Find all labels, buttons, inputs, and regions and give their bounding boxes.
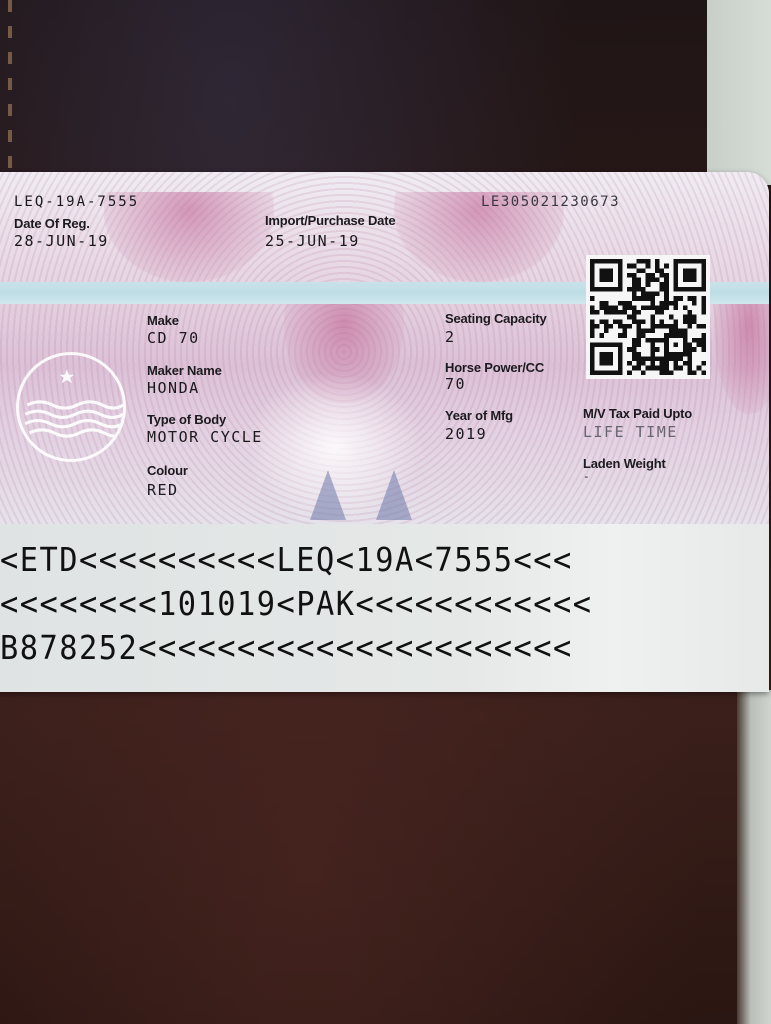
maker-name-label: Maker Name: [147, 363, 222, 378]
machine-readable-zone: <ETD<<<<<<<<<<LEQ<19A<7555<<< <<<<<<<<10…: [0, 524, 769, 692]
mrz-line-2: <<<<<<<<101019<PAK<<<<<<<<<<<<: [0, 584, 593, 623]
laden-weight-label: Laden Weight: [583, 456, 666, 471]
horse-power-value: 70: [445, 375, 466, 393]
import-purchase-date-value: 25-JUN-19: [265, 232, 360, 250]
make-label: Make: [147, 313, 179, 328]
mrz-line-1: <ETD<<<<<<<<<<LEQ<19A<7555<<<: [0, 540, 573, 579]
date-of-reg-value: 28-JUN-19: [14, 232, 109, 250]
security-pattern-wedge: [376, 470, 412, 520]
date-of-reg-label: Date Of Reg.: [14, 216, 90, 231]
horse-power-label: Horse Power/CC: [445, 360, 544, 375]
tax-paid-value: LIFE TIME: [583, 423, 678, 441]
security-pattern-wedge: [310, 470, 346, 520]
qr-code: [586, 255, 710, 379]
background-edge: [737, 690, 771, 1024]
colour-value: RED: [147, 481, 179, 499]
type-of-body-value: MOTOR CYCLE: [147, 428, 263, 446]
maker-name-value: HONDA: [147, 379, 200, 397]
serial-number: LE305021230673: [481, 194, 620, 210]
mrz-line-3: B878252<<<<<<<<<<<<<<<<<<<<<<: [0, 628, 573, 667]
registration-number: LEQ-19A-7555: [14, 194, 139, 210]
import-purchase-date-label: Import/Purchase Date: [265, 213, 395, 228]
tax-paid-label: M/V Tax Paid Upto: [583, 406, 692, 421]
seating-capacity-label: Seating Capacity: [445, 311, 547, 326]
year-of-mfg-value: 2019: [445, 425, 487, 443]
registration-card: LEQ-19A-7555 LE305021230673 Date Of Reg.…: [0, 172, 769, 692]
laden-weight-value: -: [583, 470, 591, 483]
make-value: CD 70: [147, 329, 200, 347]
leather-stitching: [8, 0, 12, 170]
colour-label: Colour: [147, 463, 188, 478]
seating-capacity-value: 2: [445, 328, 456, 346]
type-of-body-label: Type of Body: [147, 412, 226, 427]
background-wall: [707, 0, 771, 185]
punjab-emblem-icon: [16, 352, 126, 462]
year-of-mfg-label: Year of Mfg: [445, 408, 513, 423]
